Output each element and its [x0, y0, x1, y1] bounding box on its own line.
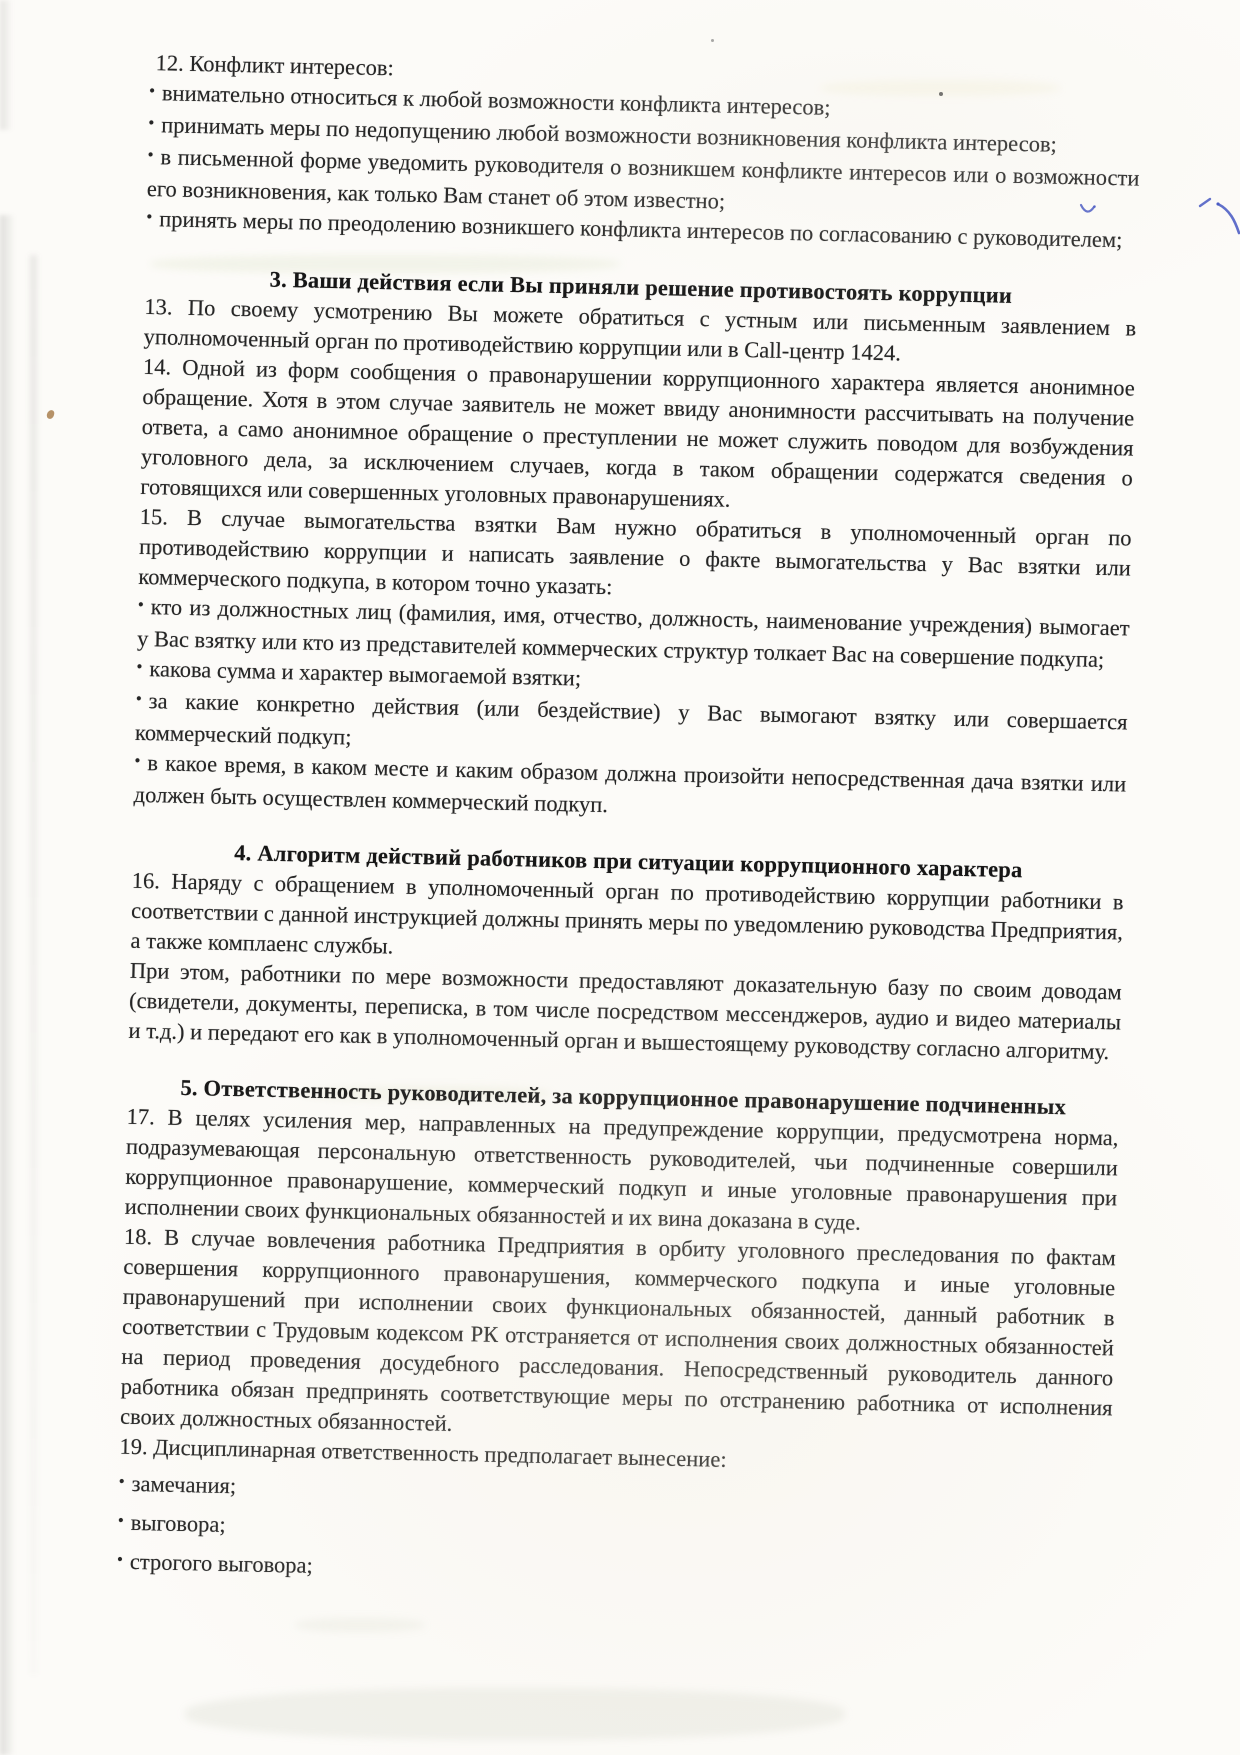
scan-speck: [711, 39, 714, 42]
scan-left-streak: [30, 255, 37, 1675]
scan-speck-brown: [46, 409, 55, 420]
scan-left-edge-shadow: [0, 215, 18, 1755]
bullet-icon: •: [135, 684, 142, 714]
scan-smudge: [185, 1688, 845, 1740]
scanned-page: 12. Конфликт интересов: •внимательно отн…: [0, 0, 1240, 1755]
bullet-text: строгого выговора;: [130, 1549, 313, 1578]
bullet-text: замечания;: [131, 1471, 236, 1498]
bullet-icon: •: [118, 1467, 125, 1497]
bullet-text: выговора;: [131, 1510, 226, 1537]
bullet-icon: •: [118, 1506, 125, 1536]
bullet-text: какова сумма и характер вымогаемой взятк…: [149, 656, 581, 690]
bullet-icon: •: [146, 202, 153, 232]
bullet-icon: •: [117, 1545, 124, 1575]
clause-14: 14. Одной из форм сообщения о правонаруш…: [140, 352, 1135, 524]
bullet-icon: •: [134, 746, 141, 776]
document-text-block: 12. Конфликт интересов: •внимательно отн…: [117, 48, 1142, 1600]
bullet-icon: •: [138, 590, 145, 620]
bullet-icon: •: [147, 140, 154, 170]
scan-corner-shadow: [0, 0, 13, 130]
scan-smudge: [295, 1618, 425, 1632]
bullet-icon: •: [149, 76, 156, 106]
bullet-icon: •: [136, 652, 143, 682]
pen-mark-stroke-icon: [1178, 188, 1240, 240]
bullet-icon: •: [148, 108, 155, 138]
clause-18: 18. В случае вовлечения работника Предпр…: [120, 1222, 1116, 1454]
clause-17: 17. В целях усиления мер, направленных н…: [124, 1102, 1118, 1244]
